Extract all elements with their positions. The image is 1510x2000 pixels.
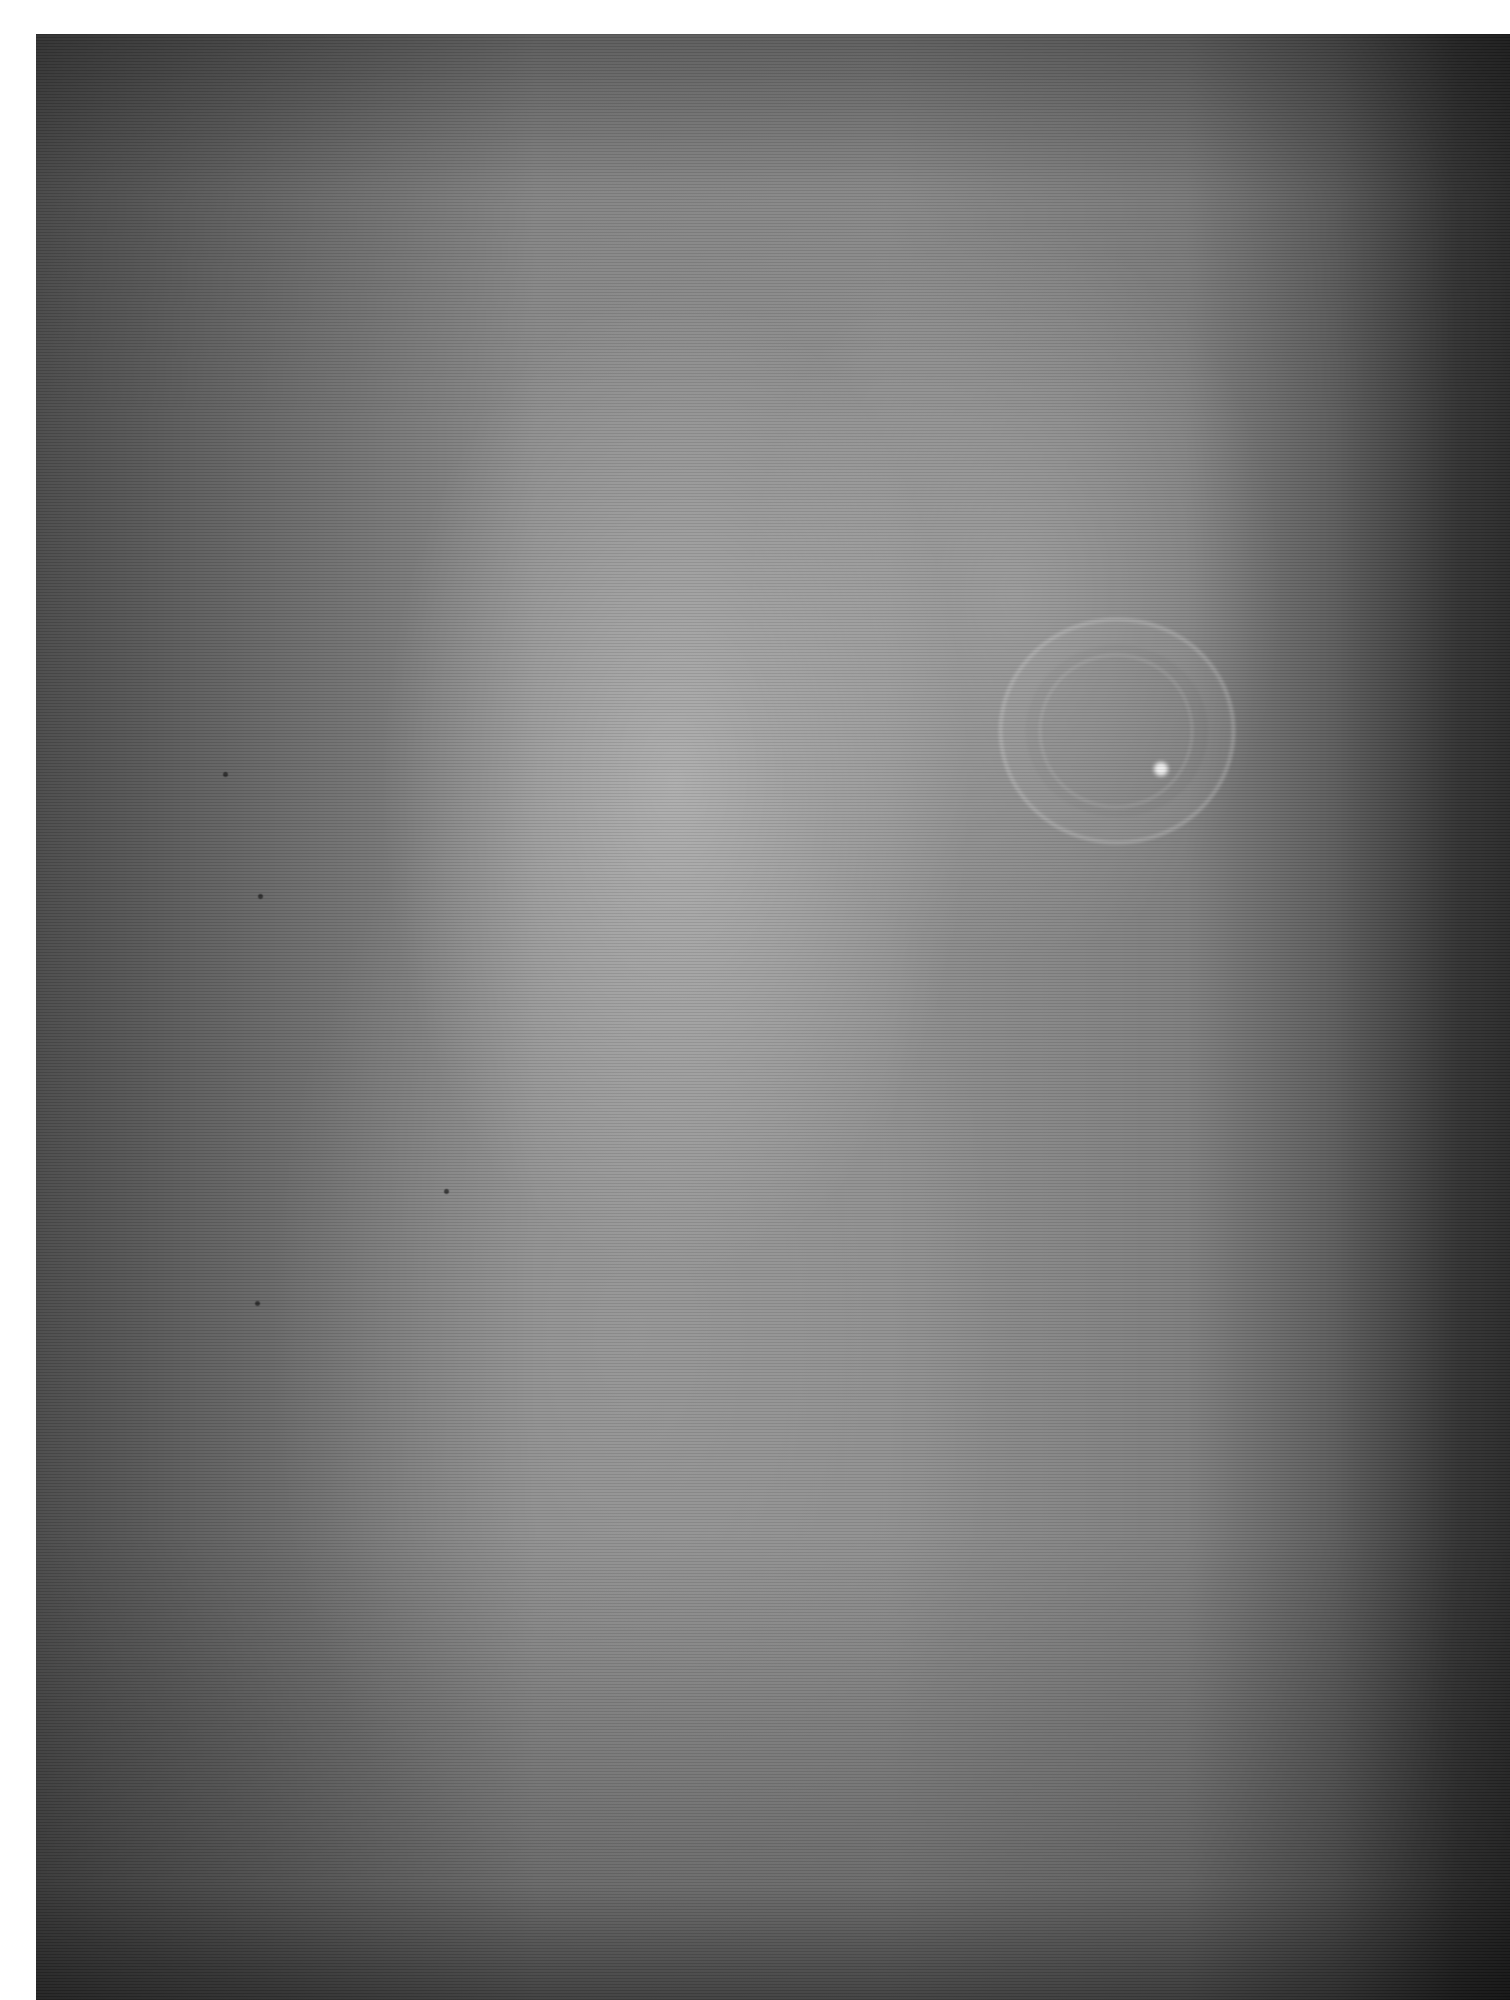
top-ruler-scale (0, 0, 1510, 34)
speck (258, 894, 263, 899)
top-ruler (0, 0, 1510, 34)
manuscript-scan-image (36, 34, 1510, 2000)
speck (223, 772, 228, 777)
bright-spot (1154, 762, 1168, 776)
left-ruler-scale (0, 0, 34, 2000)
speck (255, 1301, 260, 1306)
left-ruler (0, 0, 34, 2000)
watermark-inner-circle (1039, 654, 1193, 808)
speck (444, 1189, 449, 1194)
